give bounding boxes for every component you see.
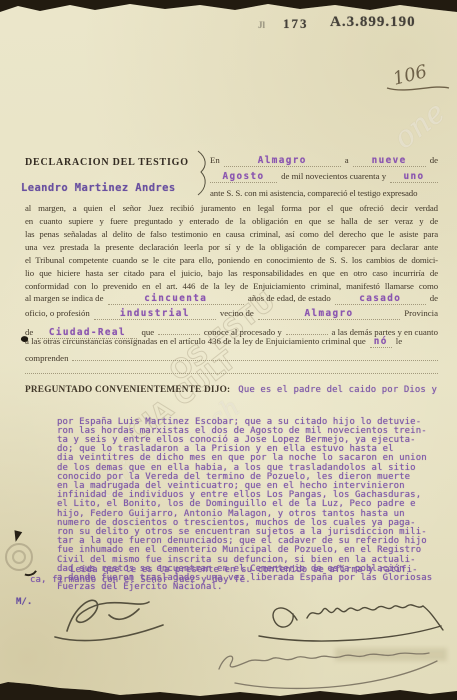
label-prof-mid: vecino de — [220, 308, 254, 318]
watermark-fragment: one — [387, 95, 452, 157]
document-scan: { "page": { "stamp_prefix": "Jl", "stamp… — [0, 0, 457, 700]
label-prof-post: Provincia — [404, 308, 438, 318]
witness-name-margin: Leandro Martinez Andres — [21, 182, 176, 194]
closing-line-1: Leida que le es la presente en su conten… — [70, 566, 418, 575]
form-row-comprenden: comprenden — [25, 349, 438, 362]
label-a: a — [345, 155, 349, 165]
form-row-circumstances: a las otras circunstancias consignadas e… — [25, 336, 438, 349]
field-town: Almagro — [258, 308, 400, 320]
printed-line: las penas señaladas al delito de falso t… — [25, 228, 438, 241]
ink-blot — [12, 530, 22, 543]
form-row-month-year: Agosto de mil novecientos cuarenta y uno — [210, 171, 438, 184]
section-heading: DECLARACION DEL TESTIGO — [25, 157, 189, 168]
field-year: uno — [390, 171, 438, 183]
field-profession: industrial — [94, 308, 216, 320]
label-age-pre: al margen se indica de — [25, 293, 104, 303]
printed-line: el Tribunal competente cuando se le cite… — [25, 254, 438, 267]
field-month: Agosto — [210, 171, 277, 183]
printed-line: al margen, a quien el señor Juez recibió… — [25, 202, 438, 215]
field-blank-4 — [25, 362, 438, 374]
testimony-body: por España Luis Martinez Escobar; que a … — [57, 390, 452, 592]
label-age-mid: años de edad, de estado — [248, 293, 331, 303]
form-row-blank — [25, 362, 438, 375]
form-row-province: de Ciudad-Real que conoce al procesado y… — [25, 323, 438, 336]
label-prof-pre: oficio, o profesión — [25, 308, 90, 318]
printed-line: en cuanto supiere y fuere preguntado y e… — [25, 215, 438, 228]
field-age: cincuenta — [108, 293, 244, 305]
field-marital-status: casado — [335, 293, 426, 305]
form-row-place-date: En Almagro a nueve de — [210, 155, 438, 168]
printed-body: al margen, a quien el señor Juez recibió… — [25, 202, 438, 293]
field-blank-1 — [158, 323, 200, 335]
printed-line: conformidad con lo prevenido en el art. … — [25, 280, 438, 293]
signature-left-judge — [45, 593, 170, 651]
printed-line-intro: ante S. S. con mi asistencia, compareció… — [210, 188, 440, 198]
paper-sheet: one chivos cach OS ESTU CIA CULT Jl 173 … — [0, 0, 457, 700]
form-row-profession: oficio, o profesión industrial vecino de… — [25, 308, 438, 321]
label-circ: a las otras circunstancias consignadas e… — [25, 336, 366, 346]
label-age-post: de — [430, 293, 438, 303]
stamp-registry-code: A.3.899.190 — [330, 14, 416, 31]
label-year-text: de mil novecientos cuarenta y — [281, 171, 386, 181]
closing-line-2: ca, firmando con el Señor Juez y doy fe. — [30, 576, 251, 585]
form-row-age-status: al margen se indica de cincuenta años de… — [25, 293, 438, 306]
label-circ-post: le — [396, 336, 402, 346]
field-blank-2 — [286, 323, 328, 335]
signature-bottom-pencil — [205, 645, 445, 695]
field-day: nueve — [353, 155, 426, 167]
printed-line: una vez prestada la presente declaración… — [25, 241, 438, 254]
handwritten-page-number: 106 — [383, 55, 453, 95]
stamp-folio-number: 173 — [283, 16, 309, 32]
svg-text:106: 106 — [391, 61, 429, 90]
field-blank-3 — [72, 349, 438, 361]
stamp-prefix: Jl — [258, 20, 265, 30]
label-en: En — [210, 155, 220, 165]
brace-icon — [196, 150, 210, 196]
margin-initial: M/. — [16, 597, 32, 607]
field-circ-answer: nó — [370, 336, 392, 348]
label-de: de — [430, 155, 438, 165]
printed-line: lio que hiciere hasta ser citado para el… — [25, 267, 438, 280]
field-city: Almagro — [224, 155, 341, 167]
